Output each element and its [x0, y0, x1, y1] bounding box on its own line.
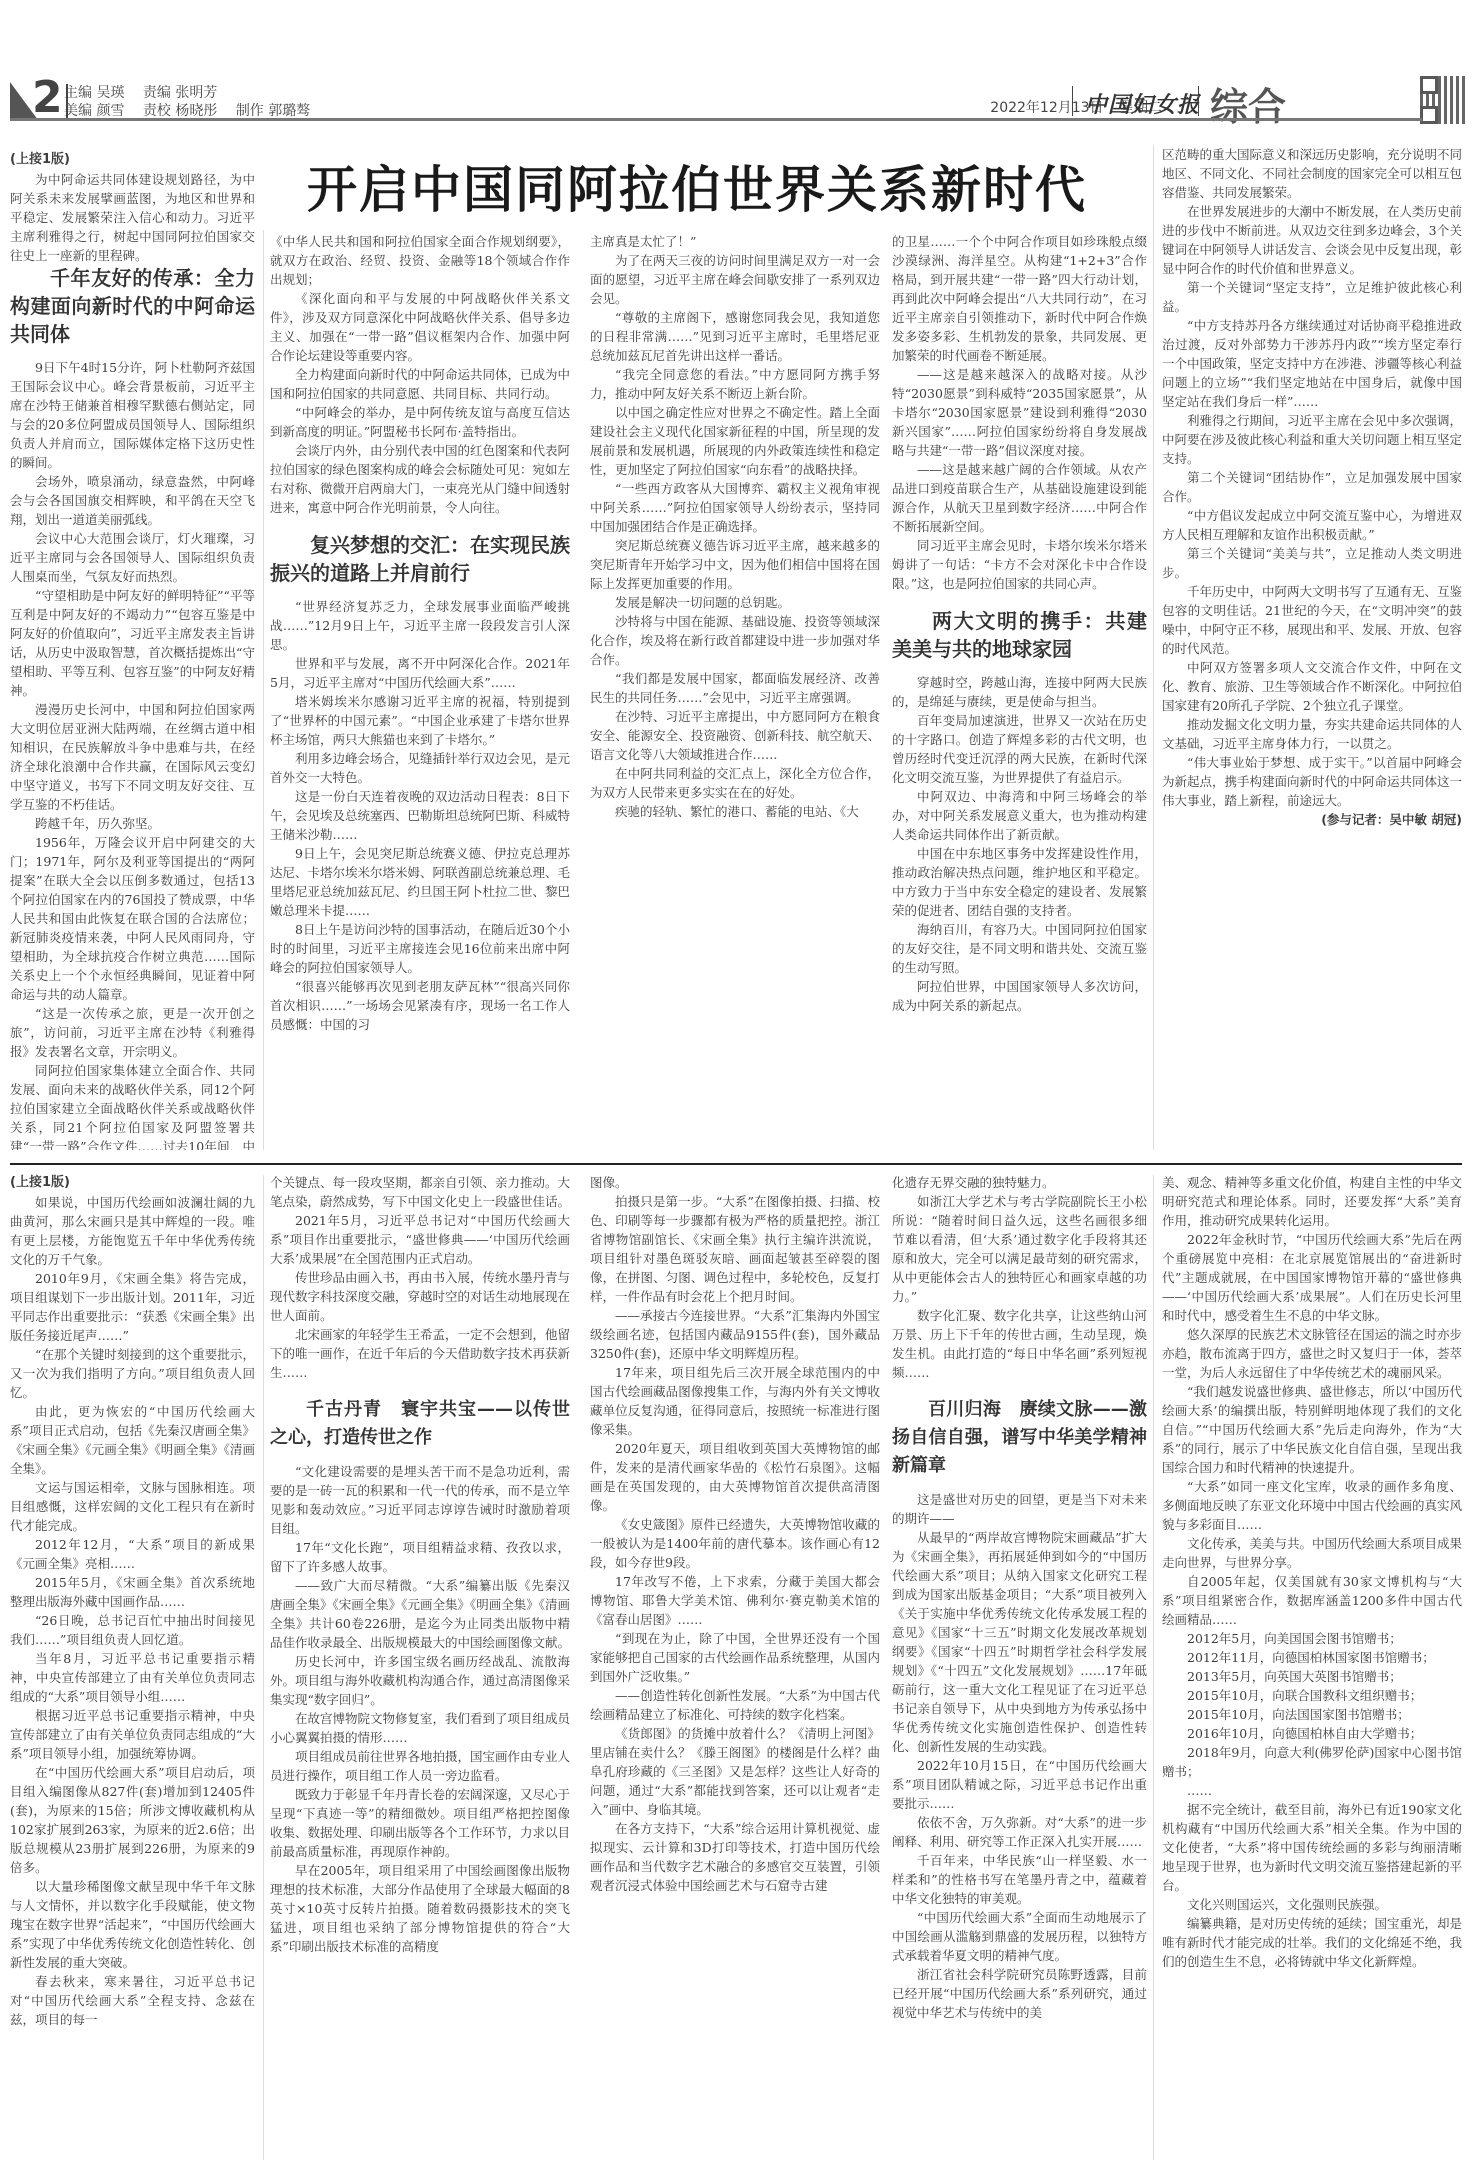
paragraph: 同习近平主席会见时，卡塔尔埃米尔塔米姆讲了一句话：“卡方不会对深化卡中合作设限。… — [892, 536, 1147, 593]
paragraph: 2021年5月，习近平总书记对“中国历代绘画大系”项目作出重要批示，“盛世修典—… — [270, 1211, 570, 1268]
paragraph: 全力构建面向新时代的中阿命运共同体，已成为中国和阿拉伯国家的共同意愿、共同目标、… — [270, 365, 570, 403]
paragraph: 由此，更为恢宏的“中国历代绘画大系”项目正式启动，包括《先秦汉唐画全集》《宋画全… — [10, 1402, 255, 1478]
paragraph: 传世珍品由画入书，再由书入展，传统水墨丹青与现代数字科技深度交融，穿越时空的对话… — [270, 1268, 570, 1325]
continued-from-page-1: (上接1版) — [10, 1173, 70, 1192]
continued-from-page-1: (上接1版) — [10, 150, 70, 169]
paragraph: ——致广大而尽精微。“大系”编纂出版《先秦汉唐画全集》《宋画全集》《元画全集》《… — [270, 1576, 570, 1652]
paragraph: 会场外，喷泉涌动，绿意盎然，中阿峰会与会各国国旗交相辉映，和平鸽在天空飞翔，划出… — [10, 472, 255, 529]
logo-divider-right — [1198, 86, 1199, 116]
paragraph: “中阿峰会的举办，是中阿传统友谊与高度互信达到新高度的明证。”阿盟秘书长阿布·盖… — [270, 403, 570, 441]
paragraph: 2010年9月，《宋画全集》将告完成，项目组谋划下一步出版计划。2011年，习近… — [10, 1269, 255, 1345]
paragraph: 根据习近平总书记重要指示精神，中央宣传部建立了由有关单位负责同志组成的“大系”项… — [10, 1706, 255, 1763]
paragraph: “这是一次传承之旅，更是一次开创之旅”，访问前，习近平主席在沙特《利雅得报》发表… — [10, 1004, 255, 1061]
paragraph: 9日上午，会见突尼斯总统赛义德、伊拉克总理苏达尼、卡塔尔埃米尔塔米姆、阿联酋副总… — [270, 844, 570, 920]
paragraph: 编纂典籍，是对历史传统的延续；国宝重光，却是唯有新时代才能完成的壮举。我们的文化… — [1162, 1914, 1462, 1971]
paragraph: “中国历代绘画大系”全面而生动地展示了中国绘画从滥觞到鼎盛的发展历程，以独特方式… — [892, 1908, 1147, 1965]
newspaper-logo: 中国妇女报 — [1085, 88, 1200, 119]
paragraph: “中方倡议发起成立中阿交流互鉴中心，为增进双方人民相互理解和友谊作出积极贡献。” — [1162, 506, 1462, 544]
article1-column-2: 《中华人民共和国和阿拉伯国家全面合作规划纲要》，就双方在政治、经贸、投资、金融等… — [270, 232, 570, 1150]
responsible-editor: 责编 张明芳 — [143, 85, 217, 101]
column-divider — [263, 230, 264, 1150]
paragraph: “一些西方政客从大国博弈、霸权主义视角审视中阿关系……”阿拉伯国家领导人纷纷表示… — [590, 479, 880, 536]
article2-column-1: 如果说，中国历代绘画如波澜壮阔的九曲黄河，那么宋画只是其中辉煌的一段。唯有更上层… — [10, 1193, 255, 2158]
paragraph: 既致力于彰显千年丹青长卷的宏阔深邃，又尽心于呈现“下真迹一等”的精细微妙。项目组… — [270, 1785, 570, 1861]
list-item: 2015年10月，向联合国教科文组织赠书； — [1162, 1686, 1462, 1705]
paragraph: 据不完全统计，截至目前，海外已有近190家文化机构藏有“中国历代绘画大系”相关全… — [1162, 1800, 1462, 1895]
paragraph: ——承接古今连接世界。“大系”汇集海内外国宝级绘画名迹，包括国内藏品9155件(… — [590, 1306, 880, 1363]
list-item: 2015年10月，向法国国家图书馆赠书； — [1162, 1705, 1462, 1724]
paragraph: 这是盛世对历史的回望，更是当下对未来的期许—— — [892, 1490, 1147, 1528]
paragraph: 拍摄只是第一步。“大系”在图像拍摄、扫描、校色、印刷等每一步骤都有极为严格的质量… — [590, 1192, 880, 1306]
paragraph: 2012年12月，“大系”项目的新成果《元画全集》亮相…… — [10, 1535, 255, 1573]
article2-column-2: 个关键点、每一段攻坚期，都亲自引领、亲力推动。大笔点染，蔚然成势，写下中国文化史… — [270, 1173, 570, 2158]
masthead-rule — [10, 118, 1422, 121]
list-item: 2013年5月，向英国大英图书馆赠书； — [1162, 1667, 1462, 1686]
paragraph: 文化兴则国运兴，文化强则民族强。 — [1162, 1895, 1462, 1914]
paragraph: 跨越千年，历久弥坚。 — [10, 814, 255, 833]
paragraph: 17年来，项目组先后三次开展全球范围内的中国古代绘画藏品图像搜集工作，与海内外有… — [590, 1363, 880, 1439]
paragraph: 《深化面向和平与发展的中阿战略伙伴关系文件》，涉及双方同意深化中阿战略伙伴关系、… — [270, 289, 570, 365]
paragraph: 以大量珍稀图像文献呈现中华千年文脉与人文情怀，并以数字化手段赋能，使文物瑰宝在数… — [10, 1877, 255, 1972]
paragraph: 中国在中东地区事务中发挥建设性作用，推动政治解决热点问题，维护地区和平稳定。中方… — [892, 844, 1147, 920]
paragraph: 推动发掘文化文明力量，夯实共建命运共同体的人文基础，习近平主席身体力行，一以贯之… — [1162, 715, 1462, 753]
paragraph: 主席真是太忙了！” — [590, 232, 880, 251]
paragraph: “我们都是发展中国家，都面临发展经济、改善民生的共同任务……”会见中，习近平主席… — [590, 669, 880, 707]
qr-code-icon[interactable] — [1420, 76, 1468, 124]
paragraph: 2022年金秋时节，“中国历代绘画大系”先后在两个重磅展览中亮相：在北京展览馆展… — [1162, 1230, 1462, 1325]
article2-column-4: 化遗存无界交融的独特魅力。 如浙江大学艺术与考古学院副院长王小松所说：“随着时间… — [892, 1173, 1147, 2158]
paragraph: ——创造性转化创新性发展。“大系”为中国古代绘画精品建立了标准化、可持续的数字化… — [590, 1686, 880, 1724]
article1-subhead-3: 两大文明的携手：共建美美与共的地球家园 — [892, 607, 1147, 663]
paragraph: 2015年5月，《宋画全集》首次系统地整理出版海外藏中国画作品…… — [10, 1573, 255, 1611]
paragraph: 从最早的“两岸故宫博物院宋画藏品”扩大为《宋画全集》，再拓展延伸到如今的“中国历… — [892, 1528, 1147, 1756]
paragraph: 依依不舍，万久弥新。对“大系”的进一步阐释、利用、研究等工作正深入扎实开展…… — [892, 1813, 1147, 1851]
paragraph: 塔米姆埃米尔感谢习近平主席的祝福，特别提到了“世界杯的中国元素”。“中国企业承建… — [270, 692, 570, 749]
paragraph: 第二个关键词“团结协作”，立足加强发展中国家合作。 — [1162, 468, 1462, 506]
paragraph: 第三个关键词“美美与共”，立足推动人类文明进步。 — [1162, 544, 1462, 582]
section-title: 综合 — [1210, 76, 1286, 131]
paragraph: 利用多边峰会场合，见缝插针举行双边会见，是元首外交一大特色。 — [270, 749, 570, 787]
section-divider-rule — [10, 1163, 1462, 1165]
paragraph: 这是一份白天连着夜晚的双边活动日程表：8日下午，会见埃及总统塞西、巴勒斯坦总统阿… — [270, 787, 570, 844]
paragraph: 如果说，中国历代绘画如波澜壮阔的九曲黄河，那么宋画只是其中辉煌的一段。唯有更上层… — [10, 1193, 255, 1269]
editor-credits-row-1: 主编 吴瑛 责编 张明芳 — [64, 84, 324, 102]
paragraph: ——这是越来越广阔的合作领域。从农产品进口到疫苗联合生产，从基础设施建设到能源合… — [892, 460, 1147, 536]
paragraph: 世界和平与发展，离不开中阿深化合作。2021年5月，习近平主席对“中国历代绘画大… — [270, 654, 570, 692]
paragraph: 发展是解决一切问题的总钥匙。 — [590, 593, 880, 612]
paragraph: 会议中心大范围会谈厅，灯火璀璨，习近平主席同与会各国领导人、国际组织负责人围桌而… — [10, 529, 255, 586]
paragraph: “文化建设需要的是埋头苦干而不是急功近利，需要的是一砖一瓦的积累和一代一代的传承… — [270, 1462, 570, 1538]
paragraph: “很喜兴能够再次见到老朋友萨瓦林”“很高兴同你首次相识……”一场场会见紧凑有序，… — [270, 977, 570, 1034]
article1-column-5: 区范畴的重大国际意义和深远历史影响，充分说明不同地区、不同文化、不同社会制度的国… — [1162, 145, 1462, 1150]
paragraph: 《中华人民共和国和阿拉伯国家全面合作规划纲要》，就双方在政治、经贸、投资、金融等… — [270, 232, 570, 289]
paragraph: 17年改写不倦，上下求索，分藏于美国大都会博物馆、耶鲁大学美术馆、佛利尔·赛克勒… — [590, 1572, 880, 1629]
paragraph: ——这是越来越深入的战略对接。从沙特“2030愿景”到科威特“2035国家愿景”… — [892, 365, 1147, 460]
article1-column-3: 主席真是太忙了！” 为了在两天三夜的访问时间里满足双方一对一会面的愿望，习近平主… — [590, 232, 880, 1150]
article1-headline: 开启中国同阿拉伯世界关系新时代 — [262, 150, 1132, 222]
paragraph: 在沙特、习近平主席提出，中方愿同阿方在粮食安全、能源安全、投资融资、创新科技、航… — [590, 707, 880, 764]
paragraph: 阿拉伯世界，中国国家领导人多次访问，成为中阿关系的新起点。 — [892, 977, 1147, 1015]
paragraph: 美、观念、精神等多重文化价值，构建自主性的中华文明研究范式和理论体系。同时，还要… — [1162, 1173, 1462, 1230]
paragraph: 以中国之确定性应对世界之不确定性。踏上全面建设社会主义现代化国家新征程的中国，所… — [590, 403, 880, 479]
paragraph: 百年变局加速演进，世界又一次站在历史的十字路口。创造了辉煌多彩的古代文明，也曾历… — [892, 711, 1147, 787]
paragraph: 文运与国运相牵，文脉与国脉相连。项目组感慨，这样宏阔的文化工程只有在新时代才能完… — [10, 1478, 255, 1535]
list-item: 2012年5月，向美国国会图书馆赠书； — [1162, 1629, 1462, 1648]
paragraph: 区范畴的重大国际意义和深远历史影响，充分说明不同地区、不同文化、不同社会制度的国… — [1162, 145, 1462, 202]
paragraph: 浙江省社会科学院研究员陈野透露，目前已经开展“中国历代绘画大系”系列研究，通过视… — [892, 1965, 1147, 2022]
paragraph: 沙特将与中国在能源、基础设施、投资等领域深化合作，埃及将在新行政首都建设中进一步… — [590, 612, 880, 669]
paragraph: 疾驰的轻轨、繁忙的港口、蓄能的电站、《大 — [590, 802, 880, 821]
paragraph: 千年历史中，中阿两大文明书写了互通有无、互鉴包容的文明佳话。21世纪的今天，在“… — [1162, 582, 1462, 658]
paragraph: 历史长河中，许多国宝级名画历经战乱、流散海外。项目组与海外收藏机构沟通合作，通过… — [270, 1652, 570, 1709]
paragraph: 《货郎图》的货摊中放着什么？《清明上河图》里店铺在卖什么？《滕王阁图》的楼阁是什… — [590, 1724, 880, 1819]
article1-byline: (参与记者：吴中敏 胡冠) — [1162, 810, 1462, 829]
paragraph: 中阿双边、中海湾和中阿三场峰会的举办，对中阿关系发展意义重大，也为推动构建人类命… — [892, 787, 1147, 844]
paragraph: 《女史箴图》原件已经遗失，大英博物馆收藏的一般被认为是1400年前的唐代摹本。该… — [590, 1515, 880, 1572]
paragraph: 悠久深厚的民族艺术文脉管径在国运的湍之时亦步亦趋，散布流离于四方，盛世之时又复归… — [1162, 1325, 1462, 1382]
article1-subhead-1: 千年友好的传承：全力构建面向新时代的中阿命运共同体 — [10, 264, 255, 348]
page-number: 2 — [32, 76, 63, 120]
paragraph: “我们越发说盛世修典、盛世修志，所以‘中国历代绘画大系’的编撰出版，特别鲜明地体… — [1162, 1382, 1462, 1477]
chief-editor: 主编 吴瑛 — [64, 85, 124, 101]
paragraph: “在那个关键时刻接到的这个重要批示，又一次为我们指明了方向。”项目组负责人回忆。 — [10, 1345, 255, 1402]
page-number-badge: 2 — [10, 82, 70, 120]
paragraph: 17年“文化长跑”，项目组精益求精、孜孜以求，留下了许多感人故事。 — [270, 1538, 570, 1576]
paragraph: 为了在两天三夜的访问时间里满足双方一对一会面的愿望，习近平主席在峰会间歇安排了一… — [590, 251, 880, 308]
editor-credits: 主编 吴瑛 责编 张明芳 美编 颜雪 责校 杨晓彤 制作 郭璐骜 — [64, 84, 324, 120]
paragraph: 自2005年起，仅美国就有30家文博机构与“大系”项目组紧密合作，数据库涵盖12… — [1162, 1572, 1462, 1629]
paragraph: 数字化汇聚、数字化共享，让这些纳山河万景、历上下千年的传世古画，生动呈现，焕发生… — [892, 1306, 1147, 1382]
masthead: 2 主编 吴瑛 责编 张明芳 美编 颜雪 责校 杨晓彤 制作 郭璐骜 2022年… — [0, 0, 1472, 140]
paragraph: 在世界发展进步的大潮中不断发展，在人类历史前进的步伐中不断前进。从双边交往到多边… — [1162, 202, 1462, 278]
paragraph: “中方支持苏丹各方继续通过对话协商平稳推进政治过渡，反对外部势力干涉苏丹内政”“… — [1162, 316, 1462, 411]
column-divider — [1153, 145, 1154, 1150]
paragraph: 第一个关键词“坚定支持”，立足维护彼此核心利益。 — [1162, 278, 1462, 316]
paragraph: “我完全同意您的看法。”中方愿同阿方携手努力，推动中阿友好关系不断迈上新台阶。 — [590, 365, 880, 403]
paragraph: 图像。 — [590, 1173, 880, 1192]
paragraph: 项目组成员前往世界各地拍摄，国宝画作由专业人员进行操作，项目组工作人员一旁边监看… — [270, 1747, 570, 1785]
paragraph: 在中阿共同利益的交汇点上，深化全方位合作，为双方人民带来更多实实在在的好处。 — [590, 764, 880, 802]
paragraph: 北宋画家的年轻学生王希孟，一定不会想到，他留下的唯一画作，在近千年后的今天借助数… — [270, 1325, 570, 1382]
article2-subhead-2: 百川归海 赓续文脉——激扬自信自强，谱写中华美学精神新篇章 — [892, 1396, 1147, 1480]
paragraph: 突尼斯总统赛义德告诉习近平主席，越来越多的突尼斯青年开始学习中文，因为他们相信中… — [590, 536, 880, 593]
paragraph: 如浙江大学艺术与考古学院副院长王小松所说：“随着时间日益久远，这些名画很多细节难… — [892, 1192, 1147, 1306]
paragraph: “大系”如同一座文化宝库，收录的画作多角度、多侧面地反映了东亚文化环境中中国古代… — [1162, 1477, 1462, 1534]
paragraph: 春去秋来，寒来暑往，习近平总书记对“中国历代绘画大系”全程支持、念兹在兹，项目的… — [10, 1972, 255, 2029]
article2-column-5: 美、观念、精神等多重文化价值，构建自主性的中华文明研究范式和理论体系。同时，还要… — [1162, 1173, 1462, 2158]
paragraph: 同阿拉伯国家集体建立全面合作、共同发展、面向未来的战略伙伴关系，同12个阿拉伯国… — [10, 1061, 255, 1150]
article1-subhead-2: 复兴梦想的交汇：在实现民族振兴的道路上并肩前行 — [270, 531, 570, 587]
paragraph: 化遗存无界交融的独特魅力。 — [892, 1173, 1147, 1192]
proofreader: 责校 杨晓彤 — [143, 103, 217, 119]
paragraph: “到现在为止，除了中国，全世界还没有一个国家能够把自己国家的古代绘画作品系统整理… — [590, 1629, 880, 1686]
production-editor: 制作 郭璐骜 — [236, 103, 310, 119]
paragraph: 千百年来，中华民族“山一样坚毅、水一样柔和”的性格书写在笔墨丹青之中，蕴藏着中华… — [892, 1851, 1147, 1908]
ellipsis: …… — [1162, 1781, 1462, 1800]
paragraph: 2020年夏天，项目组收到英国大英博物馆的邮件，发来的是清代画家华嵒的《松竹石泉… — [590, 1439, 880, 1515]
paragraph: 在“中国历代绘画大系”项目启动后，项目组入编图像从827件(套)增加到12405… — [10, 1763, 255, 1877]
logo-divider-left — [1072, 86, 1073, 116]
paragraph: 1956年，万隆会议开启中阿建交的大门；1971年，阿尔及利亚等国提出的“两阿提… — [10, 833, 255, 1004]
paragraph: 海纳百川，有容乃大。中国同阿拉伯国家的友好交往，是不同文明和谐共处、交流互鉴的生… — [892, 920, 1147, 977]
column-divider — [263, 1175, 264, 2160]
paragraph: “守望相助是中阿友好的鲜明特征”“平等互利是中阿友好的不竭动力”“包容互鉴是中阿… — [10, 586, 255, 700]
list-item: 2018年9月，向意大利(佛罗伦萨)国家中心图书馆赠书； — [1162, 1743, 1462, 1781]
paragraph: 当年8月，习近平总书记重要指示精神，中央宣传部建立了由有关单位负责同志组成的“大… — [10, 1649, 255, 1706]
column-divider — [1153, 1175, 1154, 2160]
paragraph: “尊敬的主席阁下，感谢您同我会见，我知道您的日程非常满……”见到习近平主席时，毛… — [590, 308, 880, 365]
paragraph: 穿越时空，跨越山海，连接中阿两大民族的，是绵延与赓续，更是使命与担当。 — [892, 673, 1147, 711]
paragraph: 的卫星……一个个中阿合作项目如珍珠般点缀沙漠绿洲、海洋星空。从构建“1+2+3”… — [892, 232, 1147, 365]
paragraph: 在故宫博物院文物修复室，我们看到了项目组成员小心翼翼拍摄的情形…… — [270, 1709, 570, 1747]
list-item: 2016年10月，向德国柏林自由大学赠书； — [1162, 1724, 1462, 1743]
paragraph: “世界经济复苏乏力，全球发展事业面临严峻挑战……”12月9日上午，习近平主席一段… — [270, 597, 570, 654]
paragraph: “26日晚，总书记百忙中抽出时间接见我们……”项目组负责人回忆道。 — [10, 1611, 255, 1649]
paragraph: 在各方支持下，“大系”综合运用计算机视觉、虚拟现实、云计算和3D打印等技术，打造… — [590, 1819, 880, 1895]
paragraph: 利雅得之行期间，习近平主席在会见中多次强调，中阿要在涉及彼此核心利益和重大关切问… — [1162, 411, 1462, 468]
paragraph: 文化传承，美美与共。中国历代绘画大系项目成果走向世界，与世界分享。 — [1162, 1534, 1462, 1572]
article1-column-4: 的卫星……一个个中阿合作项目如珍珠般点缀沙漠绿洲、海洋星空。从构建“1+2+3”… — [892, 232, 1147, 1150]
paragraph: 9日下午4时15分许，阿卜杜勒阿齐兹国王国际会议中心。峰会背景板前，习近平主席在… — [10, 358, 255, 472]
paragraph: 早在2005年，项目组采用了中国绘画图像出版物理想的技术标准，大部分作品使用了全… — [270, 1861, 570, 1956]
list-item: 2012年11月，向德国柏林国家图书馆赠书； — [1162, 1648, 1462, 1667]
paragraph: 漫漫历史长河中，中国和阿拉伯国家两大文明位居亚洲大陆两端，在丝绸古道中相知相识，… — [10, 700, 255, 814]
article2-column-3: 图像。 拍摄只是第一步。“大系”在图像拍摄、扫描、校色、印刷等每一步骤都有极为严… — [590, 1173, 880, 2158]
article1-column-1: 千年友好的传承：全力构建面向新时代的中阿命运共同体 9日下午4时15分许，阿卜杜… — [10, 250, 255, 1150]
paragraph: 中阿双方签署多项人文交流合作文件，中阿在文化、教育、旅游、卫生等领域合作不断深化… — [1162, 658, 1462, 715]
paragraph: 8日上午是访问沙特的国事活动，在随后近30个小时的时间里，习近平主席接连会见16… — [270, 920, 570, 977]
paragraph: 个关键点、每一段攻坚期，都亲自引领、亲力推动。大笔点染，蔚然成势，写下中国文化史… — [270, 1173, 570, 1211]
paragraph: 会谈厅内外，由分别代表中国的红色图案和代表阿拉伯国家的绿色图案构成的峰会会标随处… — [270, 441, 570, 517]
art-editor: 美编 颜雪 — [64, 103, 124, 119]
paragraph: 2022年10月15日，在“中国历代绘画大系”项目团队精诚之际，习近平总书记作出… — [892, 1756, 1147, 1813]
article2-subhead-1: 千古丹青 寰宇共宝——以传世之心，打造传世之作 — [270, 1396, 570, 1452]
paragraph: “伟大事业始于梦想、成于实干。”以首届中阿峰会为新起点，携手构建面向新时代的中阿… — [1162, 753, 1462, 810]
